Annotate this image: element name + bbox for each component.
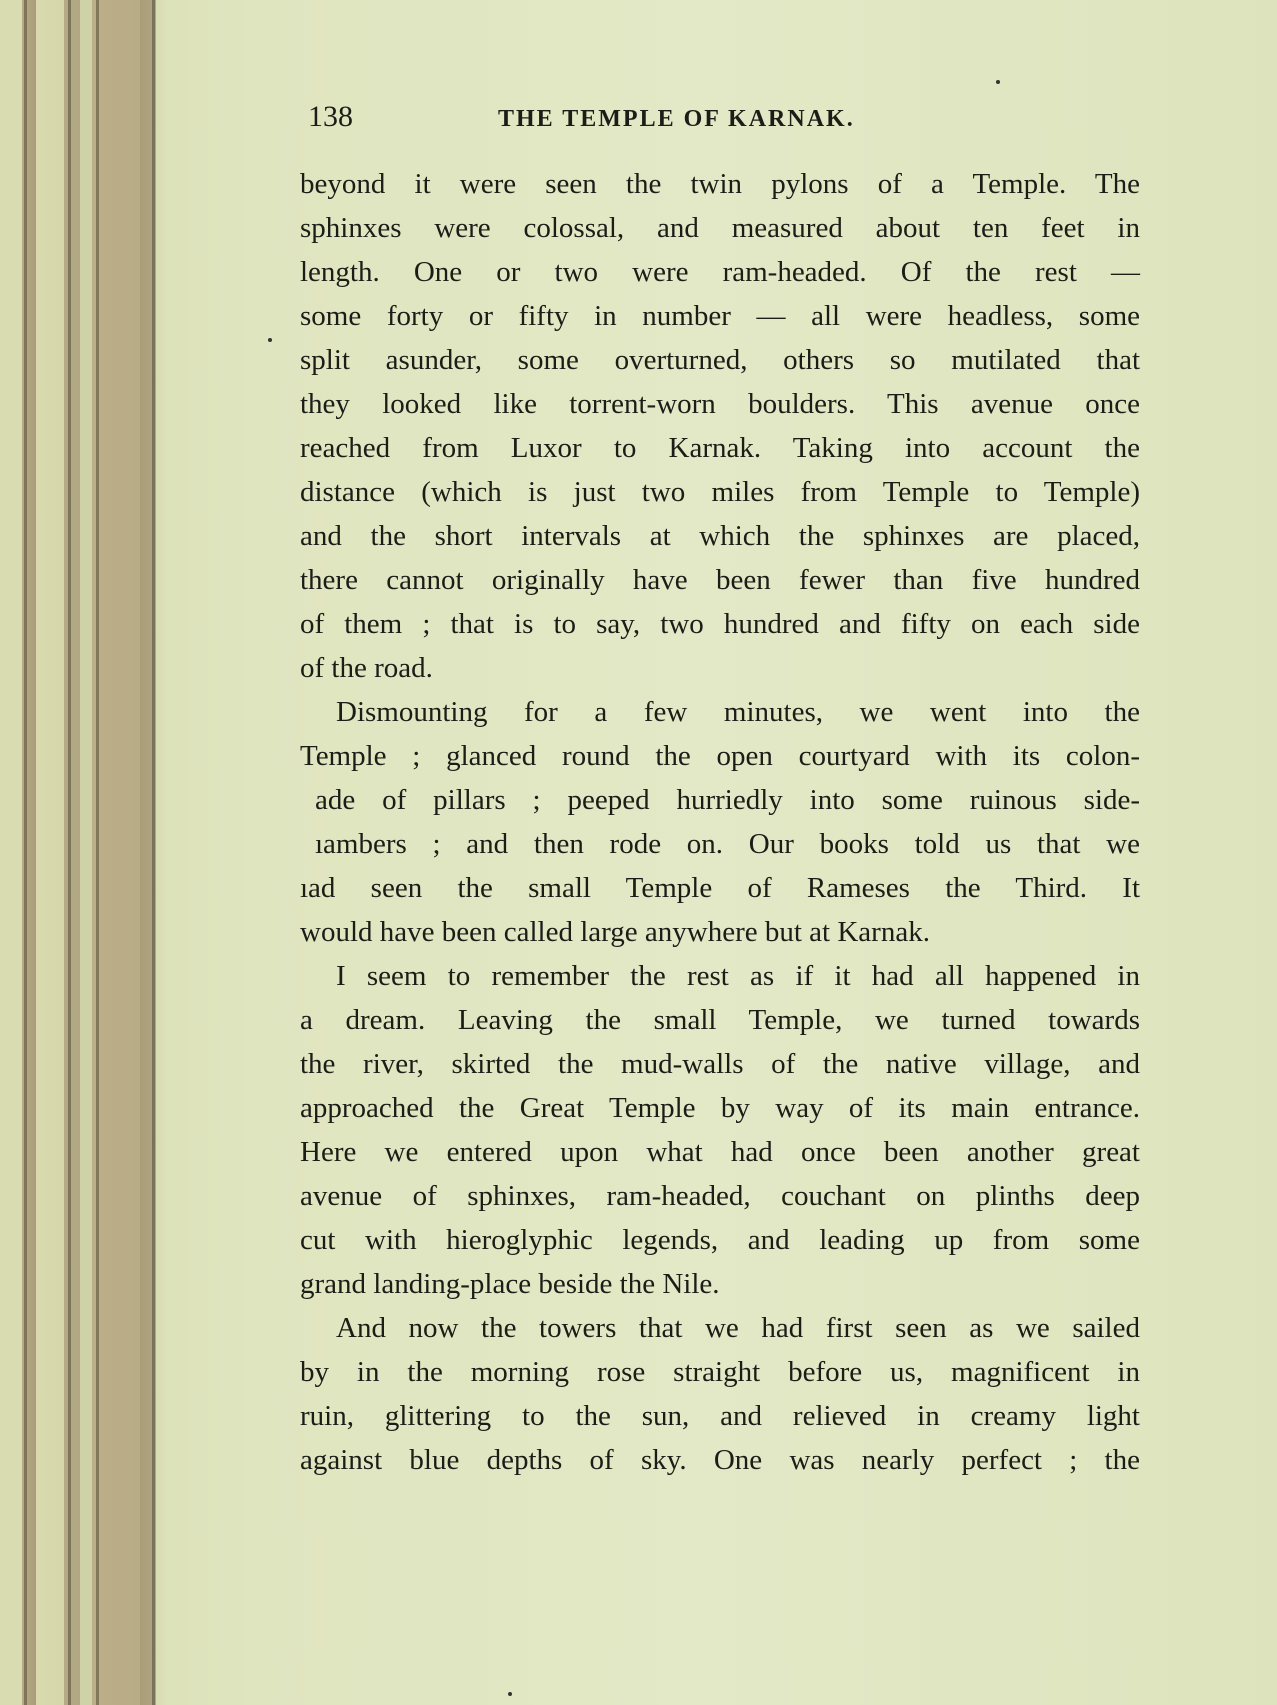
text-line: they looked like torrent-worn boulders. …	[300, 382, 1140, 426]
page-number: 138	[308, 100, 353, 134]
text-line: Temple ; glanced round the open courtyar…	[300, 734, 1140, 778]
page-edges	[0, 0, 165, 1705]
page-edge-line	[24, 0, 27, 1705]
text-line: split asunder, some overturned, others s…	[300, 338, 1140, 382]
text-line: of the road.	[300, 646, 1140, 690]
text-line: and the short intervals at which the sph…	[300, 514, 1140, 558]
text-line: by in the morning rose straight before u…	[300, 1350, 1140, 1394]
text-line: Here we entered upon what had once been …	[300, 1130, 1140, 1174]
page-edge-line	[96, 0, 99, 1705]
text-line: approached the Great Temple by way of it…	[300, 1086, 1140, 1130]
text-line: ruin, glittering to the sun, and relieve…	[300, 1394, 1140, 1438]
text-line: reached from Luxor to Karnak. Taking int…	[300, 426, 1140, 470]
text-line: some forty or fifty in number — all were…	[300, 294, 1140, 338]
text-line: distance (which is just two miles from T…	[300, 470, 1140, 514]
text-line: of them ; that is to say, two hundred an…	[300, 602, 1140, 646]
scan-speck	[268, 338, 272, 342]
text-line: the river, skirted the mud-walls of the …	[300, 1042, 1140, 1086]
text-line: would have been called large anywhere bu…	[300, 910, 1140, 954]
text-line: grand landing-place beside the Nile.	[300, 1262, 1140, 1306]
running-head: THE TEMPLE OF KARNAK.	[498, 106, 855, 133]
scan-speck	[508, 1692, 512, 1696]
page-edge-line	[68, 0, 71, 1705]
text-line: beyond it were seen the twin pylons of a…	[300, 162, 1140, 206]
text-line: against blue depths of sky. One was near…	[300, 1438, 1140, 1482]
text-line: a dream. Leaving the small Temple, we tu…	[300, 998, 1140, 1042]
text-line: cut with hieroglyphic legends, and leadi…	[300, 1218, 1140, 1262]
book-page: 138 THE TEMPLE OF KARNAK. beyond it were…	[0, 0, 1277, 1705]
text-line: avenue of sphinxes, ram-headed, couchant…	[300, 1174, 1140, 1218]
text-line: there cannot originally have been fewer …	[300, 558, 1140, 602]
paragraph-start: And now the towers that we had first see…	[300, 1306, 1140, 1350]
text-line: length. One or two were ram-headed. Of t…	[300, 250, 1140, 294]
page-header: 138 THE TEMPLE OF KARNAK.	[308, 100, 958, 140]
text-line: ade of pillars ; peeped hurriedly into s…	[300, 778, 1140, 822]
body-text: beyond it were seen the twin pylons of a…	[300, 162, 1140, 1482]
text-line: ıad seen the small Temple of Rameses the…	[300, 866, 1140, 910]
page-edge-line	[152, 0, 155, 1705]
text-line: ıambers ; and then rode on. Our books to…	[300, 822, 1140, 866]
text-line: sphinxes were colossal, and measured abo…	[300, 206, 1140, 250]
paragraph-start: Dismounting for a few minutes, we went i…	[300, 690, 1140, 734]
paragraph-start: I seem to remember the rest as if it had…	[300, 954, 1140, 998]
scan-speck	[996, 80, 1000, 84]
